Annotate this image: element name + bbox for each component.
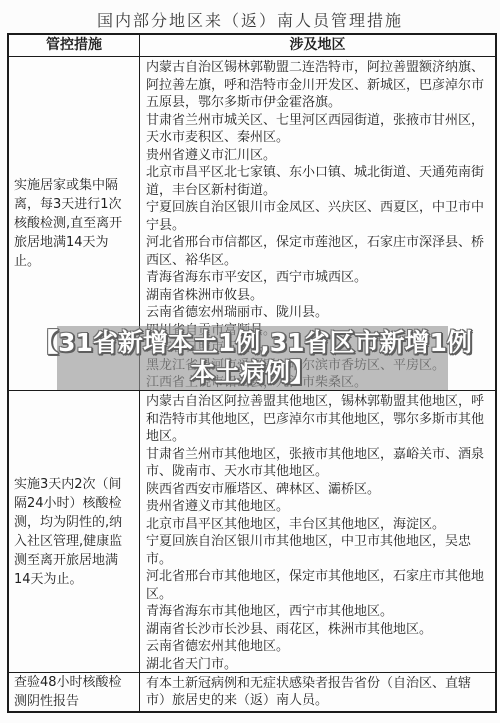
region-item: 黑龙江省黑河市爱辉区，哈尔滨市香坊区、平房区。 [146, 357, 490, 375]
region-item: 贵州省遵义市汇川区。 [146, 147, 490, 165]
region-item: 云南省德宏州瑞丽市、陇川县。 [146, 304, 490, 322]
region-item: 青海省海东市平安区，西宁市城西区。 [146, 269, 490, 287]
column-header-measure: 管控措施 [9, 35, 140, 56]
table-row-nat-test: 实施3天内2次（间隔24小时）核酸检测，均为阴性的,纳入社区管理,健康监测至离开… [9, 390, 495, 672]
table-header-row: 管控措施 涉及地区 [9, 35, 495, 56]
regions-cell: 内蒙古自治区锡林郭勒盟二连浩特市，阿拉善盟额济纳旗、阿拉善左旗，呼和浩特市金川开… [140, 57, 495, 390]
region-item: 河北省邢台市其他地区，保定市其他地区，石家庄市其他地区。 [146, 568, 490, 603]
region-item: 陕西省西安市雁塔区、碑林区、灞桥区。 [146, 481, 490, 499]
region-item: 内蒙古自治区锡林郭勒盟二连浩特市，阿拉善盟额济纳旗、阿拉善左旗，呼和浩特市金川开… [146, 59, 490, 112]
region-item: 甘肃省兰州市其他地区，张掖市其他地区，嘉峪关市、酒泉市、陇南市、天水市其他地区。 [146, 446, 490, 481]
measure-cell: 实施居家或集中隔离，每3天进行1次核酸检测,直至离开旅居地满14天为止。 [9, 57, 140, 390]
region-item: 贵州省遵义市其他地区。 [146, 498, 490, 516]
regions-cell: 有本土新冠病例和无症状感染者报告省份（自治区、直辖市）旅居史的来（返）南人员。 [140, 673, 495, 711]
region-item: 青海省海东市其他地区，西宁市其他地区。 [146, 603, 490, 621]
region-item: 云南省德宏州其他地区。 [146, 638, 490, 656]
management-measures-table: 管控措施 涉及地区 实施居家或集中隔离，每3天进行1次核酸检测,直至离开旅居地满… [7, 33, 497, 713]
region-item: 宁夏回族自治区银川市其他地区，中卫市其他地区，吴忠市。 [146, 533, 490, 568]
region-item: 山东省日照市五莲县。 [146, 339, 490, 357]
table-row-quarantine: 实施居家或集中隔离，每3天进行1次核酸检测,直至离开旅居地满14天为止。 内蒙古… [9, 56, 495, 390]
region-item: 有本土新冠病例和无症状感染者报告省份（自治区、直辖市）旅居史的来（返）南人员。 [146, 675, 490, 710]
measure-cell: 实施3天内2次（间隔24小时）核酸检测，均为阴性的,纳入社区管理,健康监测至离开… [9, 391, 140, 672]
region-item: 湖北省天门市。 [146, 656, 490, 673]
region-item: 四川省自贡市富顺县。 [146, 322, 490, 340]
measure-cell: 查验48小时核酸检测阴性报告 [9, 673, 140, 711]
region-item: 内蒙古自治区阿拉善盟其他地区，锡林郭勒盟其他地区，呼和浩特市其他地区，巴彦淖尔市… [146, 393, 490, 446]
region-item: 湖南省株洲市攸县。 [146, 287, 490, 305]
table-row-48h-report: 查验48小时核酸检测阴性报告 有本土新冠病例和无症状感染者报告省份（自治区、直辖… [9, 672, 495, 711]
region-item: 甘肃省兰州市城关区、七里河区西园街道，张掖市甘州区，天水市麦积区、秦州区。 [146, 112, 490, 147]
region-item: 北京市昌平区其他地区，丰台区其他地区，海淀区。 [146, 516, 490, 534]
regions-cell: 内蒙古自治区阿拉善盟其他地区，锡林郭勒盟其他地区，呼和浩特市其他地区，巴彦淖尔市… [140, 391, 495, 672]
region-item: 河北省邢台市信都区，保定市莲池区，石家庄市深泽县、桥西区、裕华区。 [146, 234, 490, 269]
region-item: 北京市昌平区北七家镇、东小口镇、城北街道、天通苑南街道，丰台区新村街道。 [146, 164, 490, 199]
column-header-regions: 涉及地区 [140, 35, 495, 56]
region-item: 湖南省长沙市长沙县、雨花区，株洲市其他地区。 [146, 621, 490, 639]
region-item: 江西省上饶市铅山县，九江市柴桑区。 [146, 374, 490, 390]
region-item: 宁夏回族自治区银川市金凤区、兴庆区、西夏区，中卫市中宁县。 [146, 199, 490, 234]
page-title: 国内部分地区来（返）南人员管理措施 [0, 8, 500, 31]
